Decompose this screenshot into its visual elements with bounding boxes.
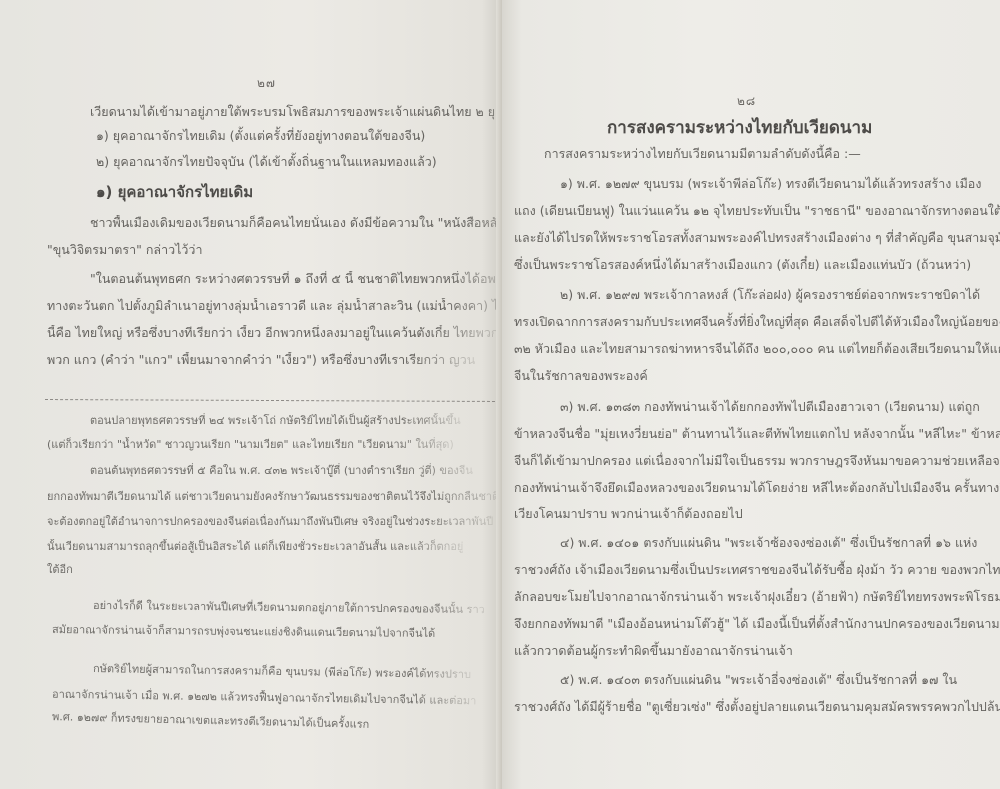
paragraph-line: ยกกองทัพมาตีเวียดนามได้ แต่ชาวเวียดนามยั… <box>47 489 499 505</box>
list-item-line: กองทัพน่านเจ้าจึงยึดเมืองหลวงของเวียดนาม… <box>514 480 1000 496</box>
paragraph-line: อาณาจักรน่านเจ้า เมื่อ พ.ศ. ๑๒๗๒ แล้วทรง… <box>52 687 477 710</box>
list-item-line: ข้าหลวงจีนชื่อ "มุ่ยเหงวี่ยนย่อ" ต้านทาน… <box>514 426 1000 442</box>
intro-text: การสงครามระหว่างไทยกับเวียดนามมีตามลำดับ… <box>544 146 861 162</box>
list-item-line: ลักลอบขะโมยไปจากอาณาจักรน่านเจ้า พระเจ้า… <box>514 589 1000 605</box>
dashed-divider <box>45 399 500 402</box>
paragraph-line: อย่างไรก็ดี ในระยะเวลาพันปีเศษที่เวียดนา… <box>93 598 485 618</box>
paragraph-line: จะต้องตกอยู่ใต้อำนาจการปกครองของจีนต่อเน… <box>47 514 493 530</box>
list-item-line: ราชวงศ์ถัง เจ้าเมืองเวียดนามซึ่งเป็นประเ… <box>514 562 1000 578</box>
list-item-line: เวียงโคนมาปราบ พวกน่านเจ้าก็ต้องถอยไป <box>514 506 743 522</box>
page-number: ๒๘ <box>737 92 756 111</box>
era-item: ๒) ยุคอาณาจักรไทยปัจจุบัน (ได้เข้าตั้งถิ… <box>96 154 437 170</box>
list-item-line: แล้วกวาดต้อนผู้กระทำผิดขึ้นมายังอาณาจักร… <box>514 643 793 659</box>
quote-line: "ในตอนต้นพุทธศก ระหว่างศตวรรษที่ ๑ ถึงที… <box>90 271 502 287</box>
list-item-line: ซึ่งเป็นพระราชโอรสองค์หนึ่งได้มาสร้างเมื… <box>514 257 971 273</box>
list-item-line: ราชวงศ์ถัง ได้มีผู้ร้ายชื่อ "ตูเซี่ยวเซ่… <box>514 699 1000 715</box>
list-item-line: แถง (เดียนเบียนฟู) ในแว่นแคว้น ๑๒ จุไทยป… <box>514 203 1000 219</box>
paragraph-line: กษัตริย์ไทยผู้สามารถในการสงครามก็คือ ขุน… <box>93 661 471 683</box>
open-book-spread: ๒๗ เวียดนามได้เข้ามาอยู่ภายใต้พระบรมโพธิ… <box>0 0 1000 789</box>
list-item-line: จีนในรัชกาลของพระองค์ <box>514 368 648 384</box>
chapter-title: การสงครามระหว่างไทยกับเวียดนาม <box>607 114 872 141</box>
paragraph-line: ใต้อีก <box>47 562 73 578</box>
paragraph-line: สมัยอาณาจักรน่านเจ้าก็สามารถรบพุ่งจนชนะแ… <box>52 622 435 642</box>
list-item-line: จีนก็ได้เข้ามาปกครอง แต่เนื่องจากไม่มีใจ… <box>514 453 1000 469</box>
list-item-line: ทรงเปิดฉากการสงครามกับประเทศจีนครั้งที่ย… <box>514 314 1000 330</box>
page-number: ๒๗ <box>257 74 276 93</box>
list-item-line: และยังได้ไปรดให้พระราชโอรสทั้งสามพระองค์… <box>514 230 1000 246</box>
paragraph-line: พ.ศ. ๑๒๗๙ ก็ทรงขยายอาณาเขตและทรงตีเวียดน… <box>52 709 370 733</box>
paragraph-line: ตอนต้นพุทธศตวรรษที่ ๕ คือใน พ.ศ. ๔๓๒ พระ… <box>90 463 473 479</box>
list-item-line: ๔) พ.ศ. ๑๔๐๑ ตรงกับแผ่นดิน "พระเจ้าซ้องจ… <box>560 535 977 551</box>
list-item-line: ๓๒ หัวเมือง และไทยสามารถฆ่าทหารจีนได้ถึง… <box>514 341 1000 357</box>
list-item-line: ๓) พ.ศ. ๑๓๘๓ กองทัพน่านเจ้าได้ยกกองทัพไป… <box>560 399 980 415</box>
right-page: ๒๘ การสงครามระหว่างไทยกับเวียดนาม การสงค… <box>502 0 1000 789</box>
intro-text: เวียดนามได้เข้ามาอยู่ภายใต้พระบรมโพธิสมภ… <box>90 104 502 120</box>
era-item: ๑) ยุคอาณาจักรไทยเดิม (ตั้งแต่ครั้งที่ยั… <box>96 128 425 144</box>
quote-line: พวก แกว (คำว่า "แกว" เพี้ยนมาจากคำว่า "เ… <box>47 352 475 368</box>
section-heading: ๑) ยุคอาณาจักรไทยเดิม <box>96 180 253 204</box>
quote-line: ทางตะวันตก ไปตั้งภูมิลำเนาอยู่ทางลุ่มน้ำ… <box>47 298 502 314</box>
paragraph-line: ตอนปลายพุทธศตวรรษที่ ๒๔ พระเจ้าโถ่ กษัตร… <box>90 413 461 429</box>
list-item-line: ๑) พ.ศ. ๑๒๗๙ ขุนบรม (พระเจ้าพีล่อโก๊ะ) ท… <box>560 176 981 192</box>
paragraph-line: (แต่ก็วเรียกว่า "น้ำหวัด" ชาวญวนเรียก "น… <box>47 437 454 453</box>
list-item-line: จึงยกกองทัพมาตี "เมืองอ้อนหน่ามโต๊วฮู้" … <box>514 616 1000 632</box>
list-item-line: ๒) พ.ศ. ๑๒๙๗ พระเจ้ากาลหงส์ (โก๊ะล่อฝง) … <box>560 287 980 303</box>
list-item-line: ๕) พ.ศ. ๑๔๐๓ ตรงกับแผ่นดิน "พระเจ้าอี่จง… <box>560 672 957 688</box>
paragraph-line: นั้นเวียดนามสามารถลุกขึ้นต่อสู้เป็นอิสระ… <box>47 539 463 555</box>
paragraph-line: "ขุนวิจิตรมาตรา" กล่าวไว้ว่า <box>47 242 202 258</box>
quote-line: นี้คือ ไทยใหญ่ หรือซึ่งบางทีเรียกว่า เงี… <box>47 325 498 341</box>
left-page: ๒๗ เวียดนามได้เข้ามาอยู่ภายใต้พระบรมโพธิ… <box>0 0 502 789</box>
paragraph-line: ชาวพื้นเมืองเดิมของเวียดนามก็คือคนไทยนั่… <box>90 215 502 231</box>
